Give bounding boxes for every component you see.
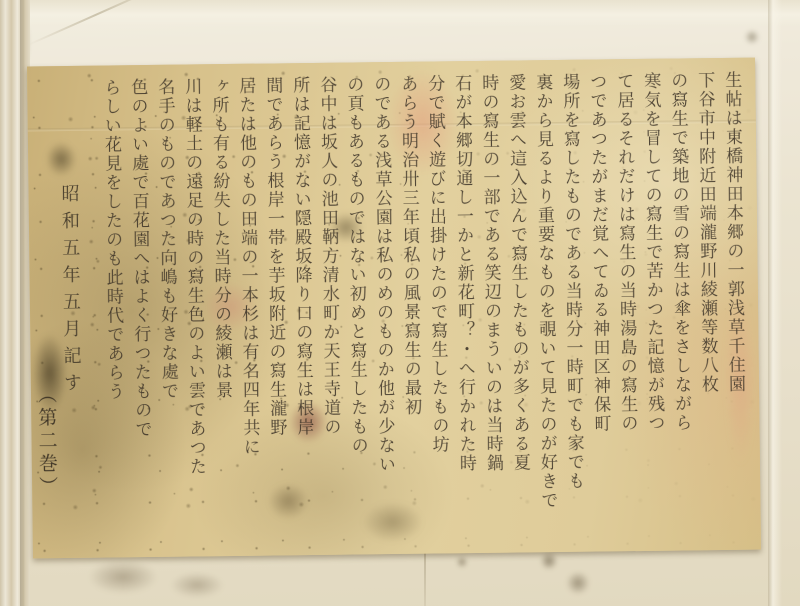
text-column: 居たは他のもの田端の一本杉は有名四年共に [231,77,264,539]
text-column: 間であらう根岸一帯を芋坂附近の寫生瀧野 [258,76,291,538]
text-column: の頁もあるものではない初めと寫生したもの [339,75,372,537]
text-column: 場所を寫したものである当時分一時町でも家でも [555,73,588,535]
text-column: 名手のものであつた向嶋も好きな處で [150,78,183,540]
text-column: ヶ所も有る紛失した当時分の綾瀬は景 [204,77,237,539]
text-column: つであつたがまだ覚へてゐる神田区神保町 [582,72,615,534]
paper-crease [768,0,782,606]
smudge-stain [744,30,760,44]
text-column: 色のよい處で百花園へはよく行つたもので [123,78,156,540]
smudge-stain [170,572,224,598]
manuscript-text: 生帖は東橋神田本郷の一郭浅草千住園下谷市中附近田端瀧野川綾瀬等数八枚の寫生で築地… [96,71,750,541]
paper-crease [424,548,426,606]
text-column: て居るそれだけは寫生の当時湯島の寫生の [609,72,642,534]
text-column: 川は軽土の遠足の時の寫生色のよい雲であつた [177,77,210,539]
text-column: 下谷市中附近田端瀧野川綾瀬等数八枚 [690,71,723,533]
smudge-stain [88,560,158,594]
text-column: あらう明治卅三年頃私の風景寫生の最初 [393,75,426,537]
text-column: 寒気を冒しての寫生で苦かつた記憶が残つ [636,72,669,534]
smudge-stain [540,552,558,570]
dark-stain [46,142,76,176]
manuscript-sheet: 生帖は東橋神田本郷の一郭浅草千住園下谷市中附近田端瀧野川綾瀬等数八枚の寫生で築地… [27,58,761,559]
text-column: 分で賦く遊びに出掛けたので寫生したもの坊 [420,74,453,536]
text-column: 時の寫生の一部である笑辺のまういのは当時鍋 [474,74,507,536]
text-column: 愛お雲へ這入込んで寫生したものが多くある夏 [501,73,534,535]
binding-edge [0,0,30,606]
text-column: 裏から見るより重要なものを覗いて見たのが好きで [528,73,561,535]
volume-label: （第二巻） [33,384,62,554]
text-column: 所は記憶がない隠殿坂降り口の寫生は根岸 [285,76,318,538]
smudge-stain [565,572,591,594]
text-column: らしい花見をしたのも此時代であらう [96,78,129,540]
text-column: のである浅草公園は私のめのものか他が少ない [366,75,399,537]
photograph-of-manuscript: 生帖は東橋神田本郷の一郭浅草千住園下谷市中附近田端瀧野川綾瀬等数八枚の寫生で築地… [0,0,800,606]
text-column: 生帖は東橋神田本郷の一郭浅草千住園 [717,71,750,533]
smudge-stain [456,556,468,568]
text-column: 谷中は坂人の池田鞆方清水町か天王寺道の [312,76,345,538]
binding-edge-shadow [20,0,25,606]
text-column: 石が本郷切通し一かと新花町？・へ行かれた時 [447,74,480,536]
text-column: の寫生で築地の雪の寫生は傘をさしながら [663,71,696,533]
